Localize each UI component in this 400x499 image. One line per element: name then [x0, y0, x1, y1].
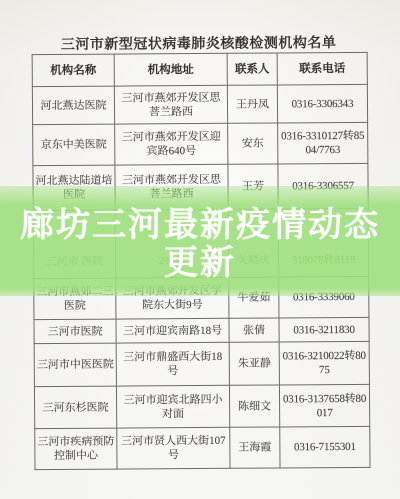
table-row: 三河东杉医院 三河市迎宾北路四小对面 陈细文 0316-3137658转8001…	[34, 384, 369, 428]
table-header-row: 机构名称 机构地址 联系人 联系电话	[32, 52, 367, 86]
address-cell: 三河市鼎盛西大街18号	[116, 342, 229, 386]
phone-cell: 0316-3310127转8504/7763	[278, 122, 368, 164]
document-photo: 三河市新型冠状病毒肺炎核酸检测机构名单 机构名称 机构地址 联系人 联系电话 河…	[0, 0, 400, 499]
org-name-cell: 三河市中医医院	[34, 343, 116, 387]
org-name-cell: 河北燕达医院	[32, 86, 114, 125]
org-name-cell: 三河市疾病预防控制中心	[35, 428, 117, 470]
table-row: 三河市疾病预防控制中心 三河市贤人西大街107号 王海霞 0316-715530…	[35, 426, 370, 469]
column-header-address: 机构地址	[114, 53, 227, 86]
contact-cell: 安东	[228, 123, 278, 164]
column-header-name: 机构名称	[32, 54, 114, 87]
address-cell: 三河市贤人西大街107号	[117, 427, 230, 469]
phone-cell: 0316-7155301	[280, 426, 370, 468]
phone-cell: 0316-3211830	[279, 317, 369, 342]
phone-cell: 0316-3137658转80017	[279, 384, 369, 427]
column-header-phone: 联系电话	[277, 52, 367, 85]
banner-headline: 廊坊三河最新疫情动态 更新	[0, 206, 400, 282]
contact-cell: 朱亚静	[229, 342, 279, 385]
column-header-contact: 联系人	[227, 53, 277, 85]
table-row: 三河市医院 三河市迎宾南路18号 张倩 0316-3211830	[34, 317, 369, 343]
document-title: 三河市新型冠状病毒肺炎核酸检测机构名单	[0, 32, 399, 55]
contact-cell: 王丹凤	[227, 85, 277, 123]
org-name-cell: 三河市医院	[34, 319, 116, 344]
address-cell: 三河市迎宾南路18号	[116, 318, 229, 343]
address-cell: 三河市迎宾北路四小对面	[116, 385, 229, 428]
banner-headline-line1: 廊坊三河最新疫情动态	[0, 206, 400, 244]
phone-cell: 0316-3210022转8075	[279, 341, 369, 385]
banner-headline-line2: 更新	[0, 244, 400, 282]
table-row: 河北燕达医院 三河市燕郊开发区思菩兰路西 王丹凤 0316-3306343	[32, 84, 367, 124]
table-row: 京东中美医院 三河市燕郊开发区迎宾路640号 安东 0316-3310127转8…	[33, 122, 368, 165]
contact-cell: 张倩	[229, 318, 279, 342]
phone-cell: 0316-3306343	[277, 84, 367, 123]
address-cell: 三河市燕郊开发区迎宾路640号	[115, 123, 228, 165]
org-name-cell: 三河东杉医院	[34, 386, 116, 429]
overlay-banner: 廊坊三河最新疫情动态 更新	[0, 186, 400, 296]
org-name-cell: 京东中美医院	[33, 124, 115, 166]
address-cell: 三河市燕郊开发区思菩兰路西	[114, 85, 227, 124]
contact-cell: 王海霞	[230, 427, 280, 468]
table-row: 三河市中医医院 三河市鼎盛西大街18号 朱亚静 0316-3210022转807…	[34, 341, 369, 386]
contact-cell: 陈细文	[229, 385, 279, 427]
